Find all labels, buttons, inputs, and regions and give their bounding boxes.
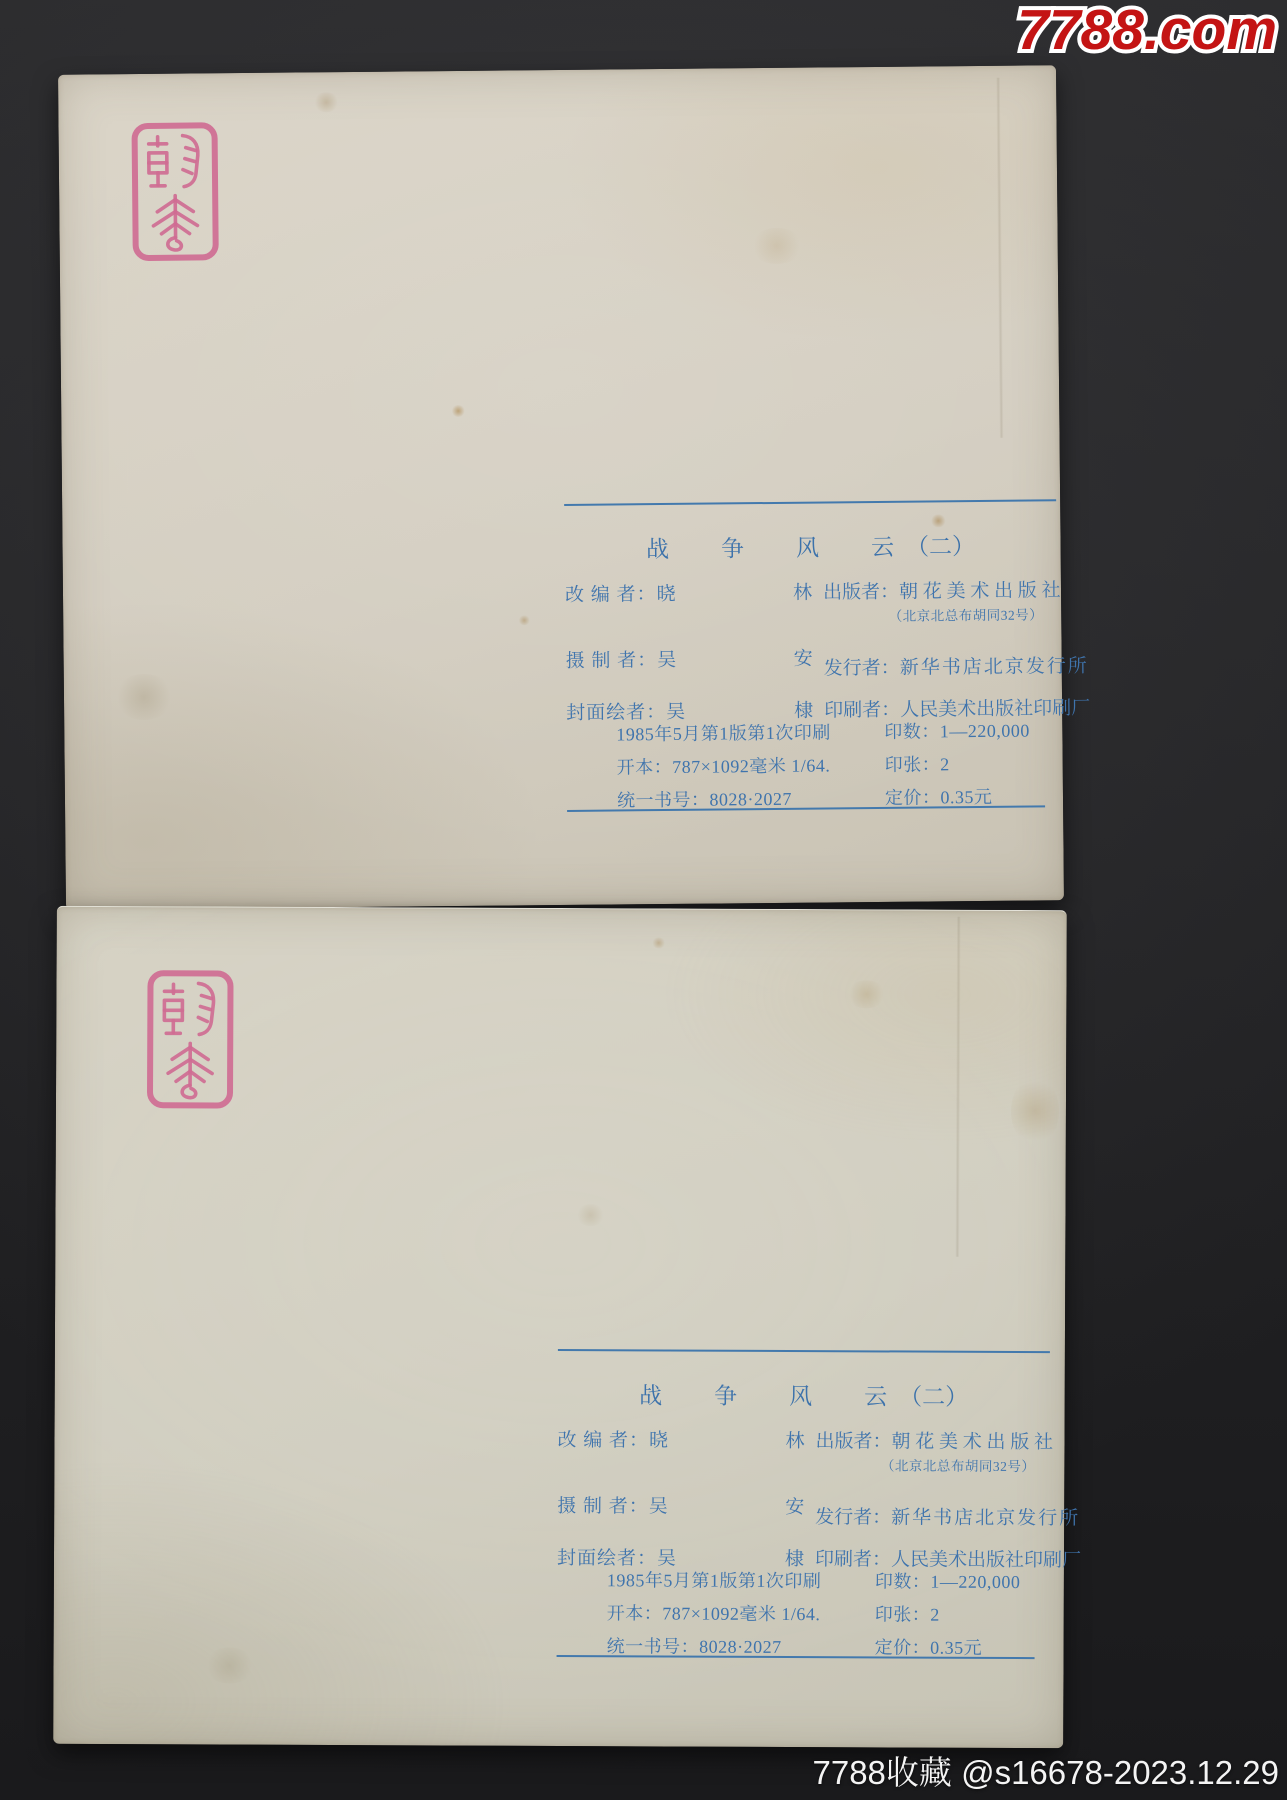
publisher-address-note: （北京北总布胡同32号） [889, 603, 1044, 624]
stain [518, 615, 530, 625]
sheets-label: 印张： [875, 1604, 931, 1624]
distributor-label: 发行者： [824, 658, 900, 680]
book-title: 战争风云（二） [564, 527, 1056, 565]
seal-glyph-bottom [168, 1043, 212, 1098]
distributor-label: 发行者： [815, 1507, 891, 1528]
sheets-value: 2 [940, 754, 950, 774]
seal-glyph-top [164, 983, 213, 1034]
price-value: 0.35元 [930, 1638, 982, 1658]
distributor-value: 新华书店北京发行所 [891, 1507, 1080, 1529]
stain [575, 1204, 605, 1226]
seal-glyph-bottom [153, 195, 198, 250]
publisher-row: 出版者：朝 花 美 术 出 版 社 [815, 1426, 1053, 1454]
edition-text: 1985年5月第1版第1次印刷 [616, 722, 831, 744]
format-text: 开本：787×1092毫米 1/64. [617, 755, 831, 777]
stain [451, 405, 465, 417]
price-value: 0.35元 [940, 787, 992, 807]
distributor-row: 发行者：新华书店北京发行所 [815, 1502, 1080, 1530]
rule-top [558, 1349, 1050, 1353]
book-title: 战争风云（二） [558, 1377, 1050, 1412]
credit-name: 吴 [649, 1496, 669, 1517]
stain [203, 1647, 255, 1683]
print-row-format: 开本：787×1092毫米 1/64. 印张：2 [617, 751, 831, 779]
colophon-block: 战争风云（二） 改 编 者：晓 林 出版者：朝 花 美 术 出 版 社 （北京北… [556, 1349, 1049, 1673]
title-text: 战争风云 [639, 1383, 939, 1409]
print-row-format: 开本：787×1092毫米 1/64. 印张：2 [607, 1599, 821, 1626]
publisher-value: 朝 花 美 术 出 版 社 [899, 580, 1061, 603]
credit-name: 晓 [649, 1430, 669, 1451]
stain [846, 980, 886, 1008]
comic-back-cover-top: 朝花 [58, 65, 1064, 910]
site-watermark: 7788.com 7788.com [1017, 2, 1277, 59]
print-run-value: 1—220,000 [940, 721, 1030, 742]
rule-top [564, 499, 1056, 506]
print-run: 印数：1—220,000 [875, 1567, 1021, 1594]
credit-row-adapter: 改 编 者：晓 林 [557, 1425, 669, 1452]
credit-row-adapter: 改 编 者：晓 林 [565, 579, 677, 607]
credit-name-second: 安 [785, 1492, 805, 1519]
credit-name-second: 林 [793, 578, 813, 605]
credit-label: 改 编 者： [557, 1430, 649, 1451]
sheets: 印张：2 [885, 750, 950, 777]
crease [955, 917, 960, 1257]
credit-row-photography: 摄 制 者：吴 安 [566, 645, 678, 673]
publisher-label: 出版者： [823, 582, 899, 604]
price-label: 定价： [875, 1637, 931, 1657]
credit-name: 晓 [656, 584, 676, 605]
credit-row-photography: 摄 制 者：吴 安 [557, 1491, 669, 1518]
print-row-edition: 1985年5月第1版第1次印刷 印数：1—220,000 [607, 1566, 822, 1593]
title-volume: （二） [906, 534, 975, 560]
publisher-address-note: （北京北总布胡同32号） [881, 1454, 1036, 1475]
book-number-text: 统一书号：8028·2027 [607, 1636, 782, 1657]
credit-label: 摄 制 者： [566, 650, 658, 672]
collector-watermark: 7788收藏 @s16678-2023.12.29 [813, 1747, 1280, 1794]
seal-glyph-top [149, 135, 199, 186]
title-text: 战争风云 [646, 534, 946, 562]
colophon-block: 战争风云（二） 改 编 者：晓 林 出版者：朝 花 美 术 出 版 社 （北京北… [564, 499, 1059, 826]
publisher-row: 出版者：朝 花 美 术 出 版 社 [823, 575, 1061, 604]
distributor-row: 发行者：新华书店北京发行所 [824, 651, 1089, 681]
publisher-label: 出版者： [815, 1431, 891, 1452]
sheets-label: 印张： [885, 754, 941, 775]
credit-name: 吴 [657, 650, 677, 671]
stain [652, 937, 666, 948]
stain [114, 674, 174, 721]
seal-stamp-graphic [144, 967, 237, 1111]
credit-name-second: 安 [794, 644, 814, 671]
format-text: 开本：787×1092毫米 1/64. [607, 1603, 821, 1624]
edition-text: 1985年5月第1版第1次印刷 [607, 1570, 822, 1591]
print-run: 印数：1—220,000 [884, 717, 1030, 744]
title-volume: （二） [899, 1384, 968, 1409]
print-run-value: 1—220,000 [930, 1572, 1020, 1592]
distributor-value: 新华书店北京发行所 [900, 656, 1089, 679]
print-run-label: 印数： [875, 1571, 931, 1591]
credit-name-second: 林 [785, 1426, 805, 1453]
credit-label: 摄 制 者： [557, 1496, 649, 1517]
stain [1011, 1076, 1059, 1146]
photo-background: { "page": { "watermark_site": "7788.com"… [0, 0, 1287, 1800]
comic-back-cover-bottom: 朝花 [53, 906, 1067, 1748]
credit-label: 改 编 者： [565, 584, 657, 606]
site-watermark-text: 7788.com [1017, 0, 1277, 62]
print-row-edition: 1985年5月第1版第1次印刷 印数：1—220,000 [616, 718, 831, 746]
seal-stamp-graphic [128, 119, 221, 264]
stain [750, 228, 804, 265]
sheets: 印张：2 [875, 1600, 940, 1626]
price-label: 定价： [885, 787, 941, 808]
chaohua-seal: 朝花 [144, 967, 237, 1111]
crease [996, 78, 1003, 438]
stain [313, 92, 339, 112]
publisher-value: 朝 花 美 术 出 版 社 [891, 1431, 1053, 1453]
print-run-label: 印数： [884, 721, 940, 742]
sheets-value: 2 [930, 1605, 940, 1625]
chaohua-seal: 朝花 [128, 119, 221, 264]
